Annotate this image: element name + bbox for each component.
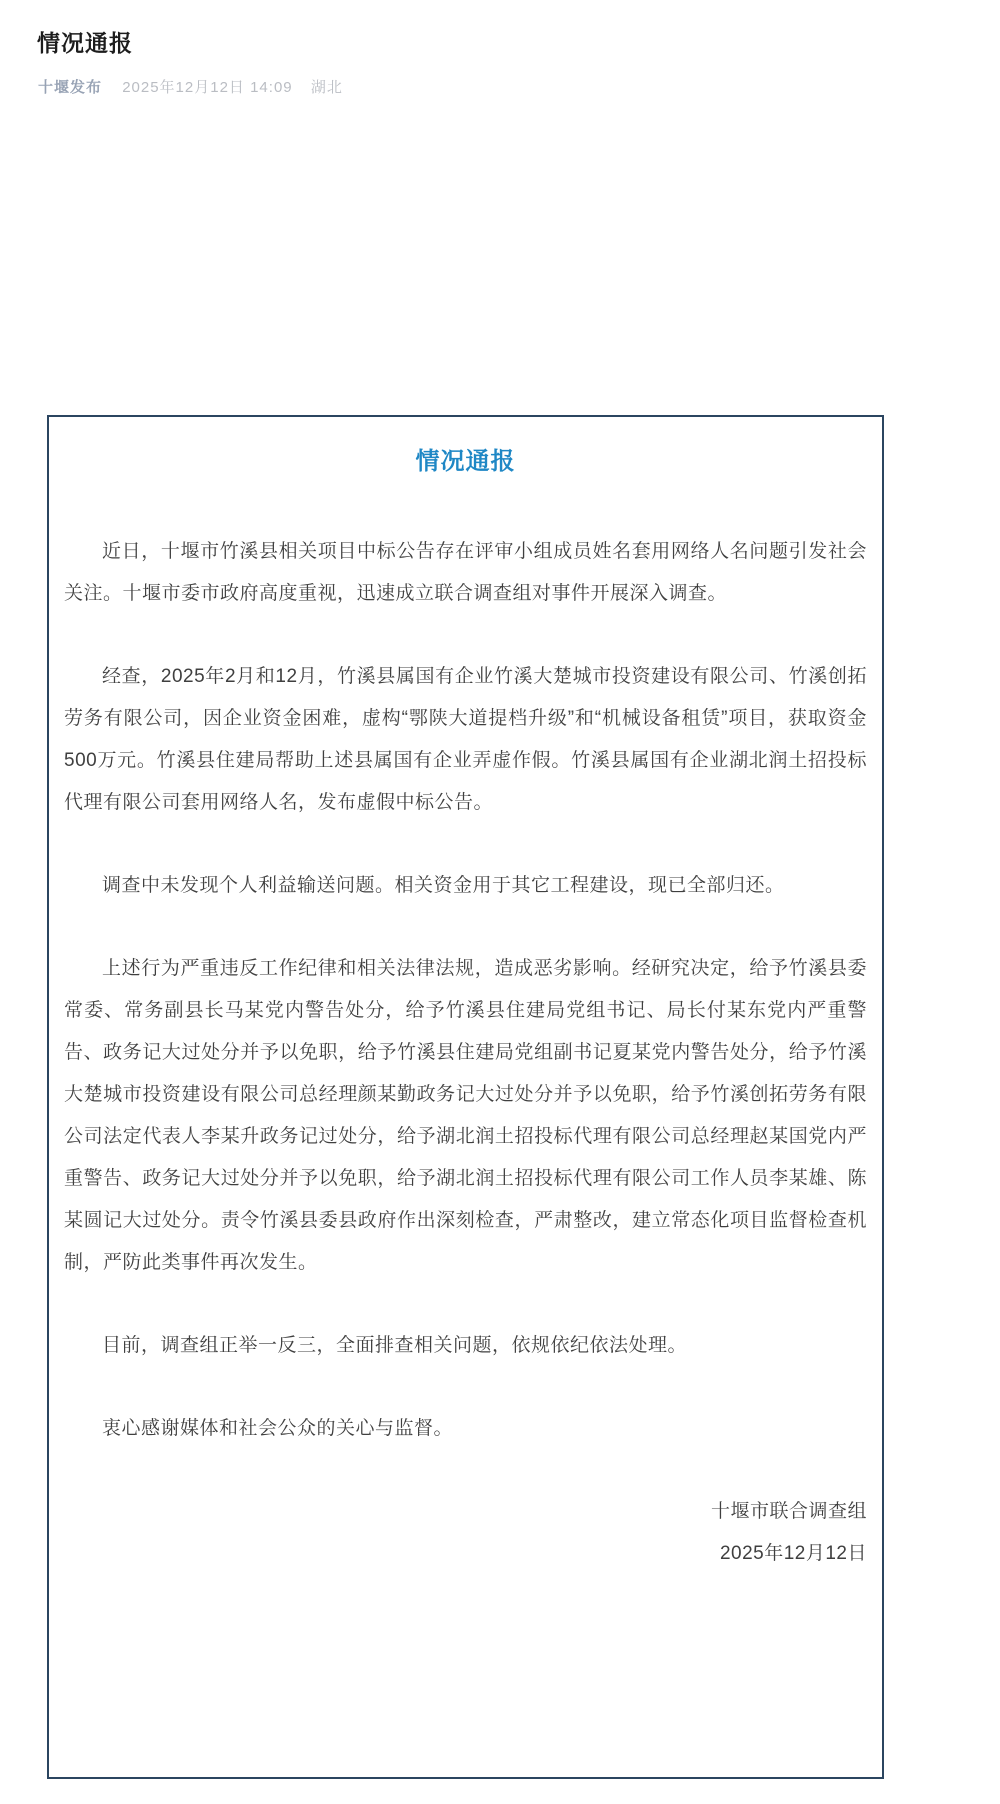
notice-paragraph: 近日，十堰市竹溪县相关项目中标公告存在评审小组成员姓名套用网络人名问题引发社会关… (64, 531, 867, 615)
article-page: 情况通报 十堰发布 2025年12月12日 14:09 湖北 情况通报 近日，十… (0, 0, 1000, 1804)
publish-location: 湖北 (311, 79, 343, 96)
notice-paragraph: 上述行为严重违反工作纪律和相关法律法规，造成恶劣影响。经研究决定，给予竹溪县委常… (64, 948, 867, 1284)
notice-paragraph: 调查中未发现个人利益输送问题。相关资金用于其它工程建设，现已全部归还。 (64, 865, 867, 907)
notice-title: 情况通报 (64, 447, 867, 477)
page-title: 情况通报 (37, 25, 133, 58)
notice-paragraph: 经查，2025年2月和12月，竹溪县属国有企业竹溪大楚城市投资建设有限公司、竹溪… (64, 656, 867, 824)
source-link[interactable]: 十堰发布 (38, 79, 102, 96)
notice-paragraph: 衷心感谢媒体和社会公众的关心与监督。 (64, 1408, 867, 1450)
signature-org: 十堰市联合调查组 (64, 1491, 867, 1533)
notice-body: 近日，十堰市竹溪县相关项目中标公告存在评审小组成员姓名套用网络人名问题引发社会关… (64, 531, 867, 1450)
notice-paragraph: 目前，调查组正举一反三，全面排查相关问题，依规依纪依法处理。 (64, 1325, 867, 1367)
publish-datetime: 2025年12月12日 14:09 (122, 79, 292, 96)
notice-box: 情况通报 近日，十堰市竹溪县相关项目中标公告存在评审小组成员姓名套用网络人名问题… (47, 415, 884, 1779)
byline: 十堰发布 2025年12月12日 14:09 湖北 (38, 76, 343, 97)
signature-block: 十堰市联合调查组 2025年12月12日 (64, 1491, 867, 1575)
signature-date: 2025年12月12日 (64, 1533, 867, 1575)
